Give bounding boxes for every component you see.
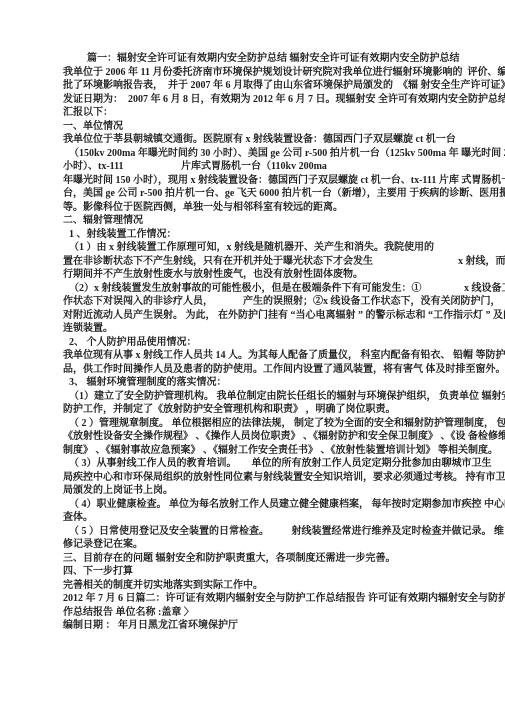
document-line: 台，美国 ge 公司 r-500 拍片机一台、ge 飞天 6000 拍片机一台（… <box>63 187 463 201</box>
document-line: 对附近流动人员产生误射。 为此， 在外防护门挂有 “当心电离辐射 ” 的警示标志… <box>63 309 463 323</box>
document-line: 局颁发的上岗证书上岗。 <box>63 484 463 498</box>
document-line: 我单位位于莘县朝城镇交通街。医院原有 x 射线装置设备：德国西门子双层螺旋 ct… <box>63 133 463 147</box>
document-line: 查体。 <box>63 511 463 525</box>
document-line: （ 5 ）日常使用登记及安全装置的日常检查。 射线装置经常进行维养及定时检查并做… <box>63 525 463 539</box>
document-line: 作状态下对误闯入的非诊疗人员， 产生的误照射；②x 线设备工作状态下，没有关闭防… <box>63 295 463 309</box>
document-line: 年曝光时间 150 小时），现用 x 射线装置设备：德国西门子双层螺旋 ct 机… <box>63 174 463 188</box>
document-line: 2012 年 7 月 6 日篇二：许可证有效期内辐射安全与防护工作总结报告 许可… <box>63 592 463 606</box>
document-section-heading: 二、辐射管理情况 <box>63 214 463 228</box>
document-title: 篇一：辐射安全许可证有效期内安全防护总结 辐射安全许可证有效期内安全防护总结 <box>63 52 463 66</box>
document-line: 制度》 、《辐射事故应急预案》 、《辐射工作安全责任书》 、《放射性装置培训计划… <box>63 444 463 458</box>
document-line: （ 2 ）管理规章制度。 单位根据相应的法律法规， 制定了较为全面的安全和辐射防… <box>63 417 463 431</box>
document-line: 汇报以下： <box>63 106 463 120</box>
document-line: 修记录登记在案。 <box>63 538 463 552</box>
document-line: 《放射性设备安全操作规程》 、《操作人员岗位职责》 、《辐射防护和安全保卫制度》… <box>63 430 463 444</box>
document-line: （ 4）职业健康检查。 单位为每名放射工作人员建立健全健康档案， 每年按时定期参… <box>63 498 463 512</box>
document-line: 批了环境影响报告表， 并于 2007 年 6 月取得了由山东省环境保护局颁发的 … <box>63 79 463 93</box>
document-line: （1 ）由 x 射线装置工作原理可知，x 射线是随机器开、关产生和消失。我院使用… <box>63 241 463 255</box>
document-line: 小时）、tx-111 片库式胃肠机一台（110kv 200ma <box>63 160 463 174</box>
document-line: （ 3）从事射线工作人员的教育培训。 单位的所有放射工作人员定定期分批参加由聊城… <box>63 457 463 471</box>
document-section-heading: 一、单位情况 <box>63 120 463 134</box>
document-line: 编制日期 ： 年月日黑龙江省环境保护厅 <box>63 619 463 633</box>
document-line: 发证日期为： 2007 年 6 月 8 日，有效期为 2012 年 6 月 7 … <box>63 93 463 107</box>
document-line: 完善相关的制度并切实地落实到实际工作中。 <box>63 579 463 593</box>
document-line: （150kv 200ma 年曝光时间约 30 小时）、美国 ge 公司 r-50… <box>63 147 463 161</box>
document-line: （1）建立了安全防护管理机构。 我单位制定由院长任组长的辐射与环境保护组织， 负… <box>63 390 463 404</box>
document-section-heading: 四、下一步打算 <box>63 565 463 579</box>
document-line: 行期间并不产生放射性废水与放射性废气，也没有放射性固体废物。 <box>63 268 463 282</box>
document-page: 篇一：辐射安全许可证有效期内安全防护总结 辐射安全许可证有效期内安全防护总结 我… <box>0 0 505 714</box>
document-line: 品，供工作时间操作人员及患者的防护使用。工作间内设置了通风装置，将有害气 体及时… <box>63 363 463 377</box>
document-line: 局疾控中心和市环保局组织的放射性同位素与射线装置安全知识培训，要求必须通过考核。… <box>63 471 463 485</box>
document-line: 防护工作，并制定了《放射防护安全管理机构和职责》 ，明确了岗位职责。 <box>63 403 463 417</box>
document-line: （2）x 射线装置发生放射事故的可能性极小，但是在极端条件下有可能发生：① x … <box>63 282 463 296</box>
document-line: 等。影像科位于医院西侧，单独一处与相邻科室有较远的距离。 <box>63 201 463 215</box>
document-line: 我单位于 2006 年 11 月份委托济南市环境保护规划设计研究院对我单位进行辐… <box>63 66 463 80</box>
document-line: 3、 辐射环境管理制度的落实情况： <box>63 376 463 390</box>
document-line: 2、 个人防护用品使用情况： <box>63 336 463 350</box>
document-line: 置在非诊断状态下不产生射线，只有在开机并处于曝光状态下才会发生 x 射线，而且装… <box>63 255 463 269</box>
document-line: 我单位现有从事 x 射线工作人员共 14 人。为其每人配备了质量仪， 科室内配备… <box>63 349 463 363</box>
document-line: 1 、射线装置工作情况： <box>63 228 463 242</box>
document-section-heading: 三、目前存在的问题 辐射安全和防护职责重大，各项制度还需进一步完善。 <box>63 552 463 566</box>
document-line: 连锁装置。 <box>63 322 463 336</box>
document-line: 作总结报告 单位名称 :盖章 〉 <box>63 606 463 620</box>
document-body: 篇一：辐射安全许可证有效期内安全防护总结 辐射安全许可证有效期内安全防护总结 我… <box>63 52 463 633</box>
